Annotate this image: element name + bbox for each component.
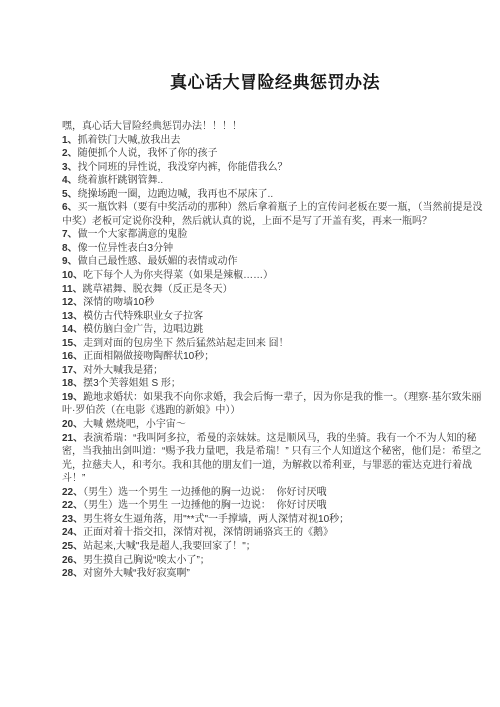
list-item: 6、买一瓶饮料（要有中奖活动的那种）然后拿着瓶子上的宣传问老板在要一瓶，（当然前… [62,201,488,228]
list-item: 10、吃下每个人为你夹得菜（如果是辣椒……） [62,269,488,283]
item-text: （男生）选一个男生 一边捶他的胸一边说： 你好讨厌哦 [83,487,326,498]
list-item: 17、对外大喊我是猪； [62,364,488,378]
item-text: 随便抓个人说，我怀了你的孩子 [78,148,218,159]
list-item: 7、做一个大家都满意的鬼脸 [62,228,488,242]
list-item: 8、像一位异性表白3分钟 [62,242,488,256]
item-text: 正面相隔做接吻陶醉状10秒； [83,351,214,362]
item-text: （男生）选一个男生 一边捶他的胸一边说： 你好讨厌哦 [83,500,326,511]
item-text: 深情的吻墙10秒 [83,297,154,308]
item-number: 17、 [62,365,83,376]
punishment-list: 1、抓着铁门大喊,放我出去2、随便抓个人说，我怀了你的孩子3、找个同班的异性说，… [62,134,488,581]
doc-body: 嘿，真心话大冒险经典惩罚办法！！！！ 1、抓着铁门大喊,放我出去2、随便抓个人说… [0,93,500,581]
item-text: 抓着铁门大喊,放我出去 [78,135,181,146]
item-number: 6、 [62,202,78,213]
list-item: 1、抓着铁门大喊,放我出去 [62,134,488,148]
item-text: 正面对着十指交扣，深情对视，深情朗诵骆宾王的《鹅》 [83,527,333,538]
item-number: 22、 [62,500,83,511]
list-item: 22、（男生）选一个男生 一边捶他的胸一边说： 你好讨厌哦 [62,499,488,513]
list-item: 28、对窗外大喊“我好寂寞啊” [62,567,488,581]
item-number: 11、 [62,284,83,295]
item-text: 大喊 燃烧吧，小宇宙～ [83,419,186,430]
item-number: 16、 [62,351,83,362]
list-item: 5、绕操场跑一圈，边跑边喊，我再也不尿床了.. [62,188,488,202]
item-number: 15、 [62,338,83,349]
list-item: 24、正面对着十指交扣，深情对视，深情朗诵骆宾王的《鹅》 [62,526,488,540]
item-number: 7、 [62,229,78,240]
list-item: 23、男生将女生逼角落，用"**式"一手撑墙，两人深情对视10秒； [62,513,488,527]
item-text: 模仿脑白金广告，边唱边跳 [83,324,203,335]
item-text: 跳草裙舞、脱衣舞（反正是冬天） [83,284,233,295]
item-text: 做一个大家都满意的鬼脸 [78,229,188,240]
item-text: 吃下每个人为你夹得菜（如果是辣椒……） [83,270,273,281]
item-number: 19、 [62,392,83,403]
list-item: 18、摆3个芙蓉姐姐 S 形； [62,377,488,391]
item-text: 模仿古代特殊职业女子拉客 [83,311,203,322]
item-text: 对外大喊我是猪； [83,365,163,376]
item-number: 18、 [62,378,83,389]
item-number: 13、 [62,311,83,322]
list-item: 15、走到对面的包房坐下 然后猛然站起走回来 囧！ [62,337,488,351]
item-number: 20、 [62,419,83,430]
list-item: 2、随便抓个人说，我怀了你的孩子 [62,147,488,161]
item-text: 找个同班的异性说，我没穿内裤，你能借我么？ [78,162,288,173]
item-number: 24、 [62,527,83,538]
item-number: 4、 [62,175,78,186]
list-item: 11、跳草裙舞、脱衣舞（反正是冬天） [62,283,488,297]
item-number: 9、 [62,256,78,267]
list-item: 20、大喊 燃烧吧，小宇宙～ [62,418,488,432]
list-item: 19、跪地求婚状：如果我不向你求婚，我会后悔一辈子，因为你是我的惟一。（理察·基… [62,391,488,418]
list-item: 22、（男生）选一个男生 一边捶他的胸一边说： 你好讨厌哦 [62,486,488,500]
item-text: 像一位异性表白3分钟 [78,243,174,254]
list-item: 21、表演希瑞：“我叫阿多拉，希曼的亲妹妹。这是顺风马，我的坐骑。我有一个不为人… [62,432,488,486]
item-text: 跪地求婚状：如果我不向你求婚，我会后悔一辈子，因为你是我的惟一。（理察·基尔致朱… [62,392,481,417]
item-text: 男生将女生逼角落，用"**式"一手撑墙，两人深情对视10秒； [83,514,349,525]
item-number: 10、 [62,270,83,281]
item-text: 绕着旗杆跳钢管舞.. [78,175,164,186]
item-number: 26、 [62,555,83,566]
item-number: 21、 [62,433,83,444]
list-item: 14、模仿脑白金广告，边唱边跳 [62,323,488,337]
item-number: 1、 [62,135,78,146]
item-text: 男生摸自己胸说“唉太小了”； [83,555,210,566]
list-item: 9、做自己最性感、最妖媚的表情或动作 [62,255,488,269]
list-item: 16、正面相隔做接吻陶醉状10秒； [62,350,488,364]
item-number: 3、 [62,162,78,173]
intro-line: 嘿，真心话大冒险经典惩罚办法！！！！ [62,120,488,134]
item-number: 8、 [62,243,78,254]
item-number: 25、 [62,541,83,552]
list-item: 3、找个同班的异性说，我没穿内裤，你能借我么？ [62,161,488,175]
list-item: 13、模仿古代特殊职业女子拉客 [62,310,488,324]
item-text: 表演希瑞：“我叫阿多拉，希曼的亲妹妹。这是顺风马，我的坐骑。我有一个不为人知的秘… [62,433,481,485]
item-text: 站起来,大喊"我是超人,我要回家了！"； [83,541,256,552]
item-text: 买一瓶饮料（要有中奖活动的那种）然后拿着瓶子上的宣传问老板在要一瓶，（当然前提是… [62,202,483,227]
item-text: 对窗外大喊“我好寂寞啊” [83,568,190,579]
list-item: 12、深情的吻墙10秒 [62,296,488,310]
item-number: 23、 [62,514,83,525]
item-number: 28、 [62,568,83,579]
item-number: 2、 [62,148,78,159]
item-number: 5、 [62,189,78,200]
list-item: 25、站起来,大喊"我是超人,我要回家了！"； [62,540,488,554]
list-item: 4、绕着旗杆跳钢管舞.. [62,174,488,188]
list-item: 26、男生摸自己胸说“唉太小了”； [62,554,488,568]
doc-title: 真心话大冒险经典惩罚办法 [62,73,488,93]
item-number: 22、 [62,487,83,498]
item-text: 走到对面的包房坐下 然后猛然站起走回来 囧！ [83,338,289,349]
item-number: 12、 [62,297,83,308]
item-text: 做自己最性感、最妖媚的表情或动作 [78,256,238,267]
item-number: 14、 [62,324,83,335]
item-text: 绕操场跑一圈，边跑边喊，我再也不尿床了.. [78,189,274,200]
item-text: 摆3个芙蓉姐姐 S 形； [83,378,181,389]
document-page: 真心话大冒险经典惩罚办法 嘿，真心话大冒险经典惩罚办法！！！！ 1、抓着铁门大喊… [0,0,500,707]
